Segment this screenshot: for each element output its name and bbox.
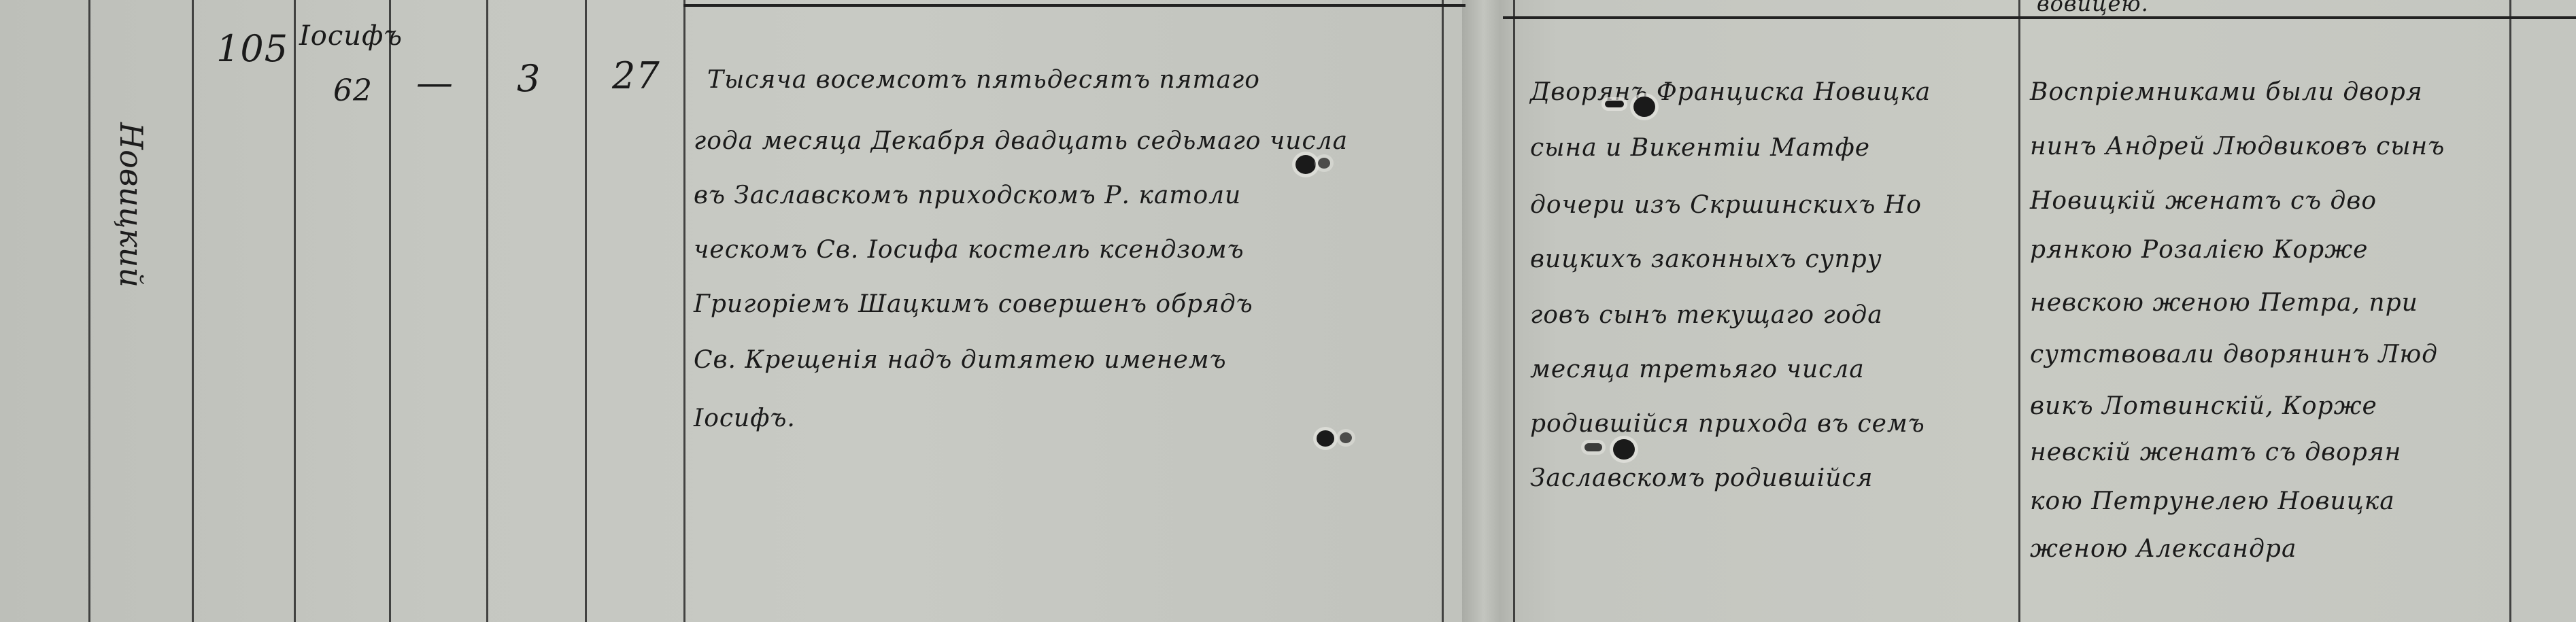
text-line: невскою женою Петра, при	[2030, 291, 2418, 315]
column-rule	[486, 0, 488, 622]
text-line: года месяца Декабря двадцать седьмаго чи…	[694, 129, 1348, 154]
text-line: въ Заславскомъ приходскомъ Р. католи	[694, 184, 1241, 208]
text-line: Воспріемниками были дворя	[2030, 80, 2423, 105]
book-gutter	[1462, 0, 1516, 622]
punch-hole	[1633, 97, 1655, 117]
column-27-value: 27	[612, 54, 660, 97]
column-rule	[294, 0, 296, 622]
punch-hole	[1295, 155, 1316, 174]
house-number: 62	[333, 73, 373, 108]
punch-hole	[1318, 158, 1330, 169]
text-line: говъ сынъ текущаго года	[1530, 303, 1883, 328]
text-line: Новицкій женатъ съ дво	[2030, 189, 2377, 213]
top-fragment-text: вовицею.	[2037, 0, 2149, 16]
text-line: Тысяча восемсотъ пятьдесятъ пятаго	[707, 68, 1260, 92]
column-rule	[2018, 0, 2020, 622]
column-rule	[585, 0, 587, 622]
punch-hole	[1605, 101, 1624, 107]
column-rule	[192, 0, 194, 622]
text-line: невскій женатъ съ дворян	[2030, 440, 2401, 465]
column-rule	[1442, 0, 1444, 622]
text-line: рянкою Розалією Корже	[2030, 238, 2368, 262]
text-line: Заславскомъ родившійся	[1530, 466, 1873, 491]
punch-hole	[1317, 430, 1334, 447]
text-line: женою Александра	[2030, 537, 2297, 561]
text-line: сутствовали дворянинъ Люд	[2030, 343, 2438, 367]
header-rule	[1503, 16, 2576, 19]
column-dash: —	[416, 61, 454, 104]
text-line: ческомъ Св. Іосифа костелѣ ксендзомъ	[694, 238, 1244, 262]
text-line: сына и Викентіи Матфе	[1530, 136, 1870, 160]
column-rule	[88, 0, 90, 622]
text-line: Іосифъ.	[694, 407, 796, 431]
column-rule	[1513, 0, 1515, 622]
punch-hole	[1613, 439, 1635, 460]
column-rule	[683, 0, 685, 622]
column-rule	[2509, 0, 2511, 622]
text-line: Дворянъ Франциска Новицка	[1530, 80, 1931, 105]
punch-hole	[1584, 443, 1602, 451]
name-header: Іосифъ	[299, 20, 403, 52]
margin-surname: Новицкий	[113, 122, 150, 288]
punch-hole	[1340, 432, 1352, 443]
text-line: дочери изъ Скршинскихъ Но	[1530, 193, 1922, 218]
header-rule	[683, 4, 1465, 7]
entry-number: 105	[216, 27, 288, 70]
text-line: родившійся прихода въ семъ	[1530, 412, 1925, 436]
text-line: кою Петрунелею Новицка	[2030, 489, 2395, 514]
text-line: месяца третьяго числа	[1530, 358, 1865, 382]
column-rule	[389, 0, 391, 622]
text-line: Св. Крещенія надъ дитятею именемъ	[694, 348, 1227, 373]
text-line: нинъ Андрей Людвиковъ сынъ	[2030, 135, 2445, 159]
column-3-value: 3	[517, 57, 541, 100]
text-line: Григоріемъ Шацкимъ совершенъ обрядъ	[694, 292, 1253, 317]
text-line: вицкихъ законныхъ супру	[1530, 247, 1882, 272]
text-line: викъ Лотвинскій, Корже	[2030, 394, 2377, 419]
